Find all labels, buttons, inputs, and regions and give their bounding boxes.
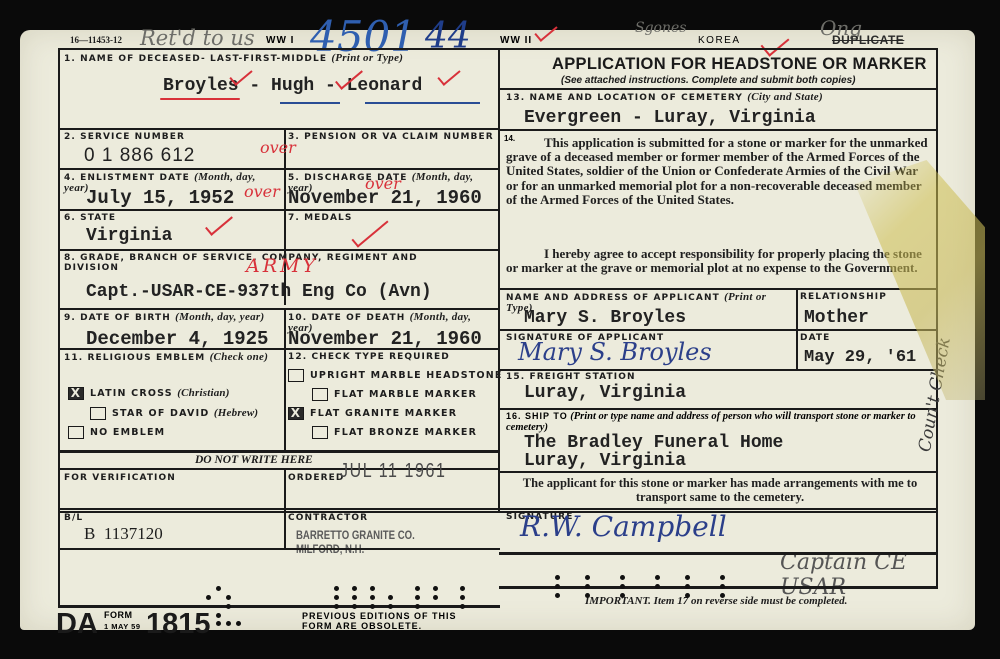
birth-label: 9. DATE OF BIRTH (Month, day, year) — [64, 312, 279, 323]
enlistment-annotation: over — [244, 182, 280, 201]
emblem-none[interactable]: NO EMBLEM — [68, 426, 165, 439]
ordered-label: ORDERED — [288, 473, 344, 483]
grade-value: Capt.-USAR-CE-937th Eng Co (Avn) — [86, 282, 432, 302]
korea-label: KOREA — [698, 35, 741, 46]
transport-signature-title: Captain CE USAR — [780, 550, 975, 600]
ww2-label: WW II — [500, 35, 532, 46]
type-flat-bronze[interactable]: FLAT BRONZE MARKER — [312, 426, 477, 439]
flat-bronze-checkbox[interactable] — [312, 426, 328, 439]
do-not-write-label: DO NOT WRITE HERE — [195, 454, 313, 466]
ww1-label: WW I — [266, 35, 294, 46]
discharge-annotation: over — [365, 174, 401, 193]
pension-label: 3. PENSION OR VA CLAIM NUMBER — [288, 132, 494, 142]
ship-to-line1: The Bradley Funeral Home — [524, 433, 783, 453]
form-code: 16—11453-12 — [70, 35, 122, 45]
state-label: 6. STATE — [64, 213, 116, 223]
type-label: 12. CHECK TYPE REQUIRED — [288, 352, 450, 362]
emblem-label: 11. RELIGIOUS EMBLEM (Check one) — [64, 352, 274, 363]
medals-label: 7. MEDALS — [288, 213, 352, 223]
freight-label: 15. FREIGHT STATION — [506, 372, 636, 382]
transport-statement: The applicant for this stone or marker h… — [520, 476, 920, 504]
verification-label: FOR VERIFICATION — [64, 473, 176, 483]
pencil-note-2: Sgones — [635, 20, 686, 36]
ship-to-label: 16. SHIP TO (Print or type name and addr… — [506, 411, 926, 433]
applicant-signature: Mary S. Broyles — [518, 338, 712, 366]
contractor-label: CONTRACTOR — [288, 513, 368, 523]
cemetery-label: 13. NAME AND LOCATION OF CEMETERY (City … — [506, 92, 823, 103]
form-word: FORM — [104, 610, 133, 620]
death-date: November 21, 1960 — [288, 328, 482, 350]
enlistment-date: July 15, 1952 — [86, 187, 234, 209]
applicant-name: Mary S. Broyles — [524, 308, 686, 328]
obsolete-line1: PREVIOUS EDITIONS OF THIS — [302, 611, 457, 621]
statement-paragraph-2: I hereby agree to accept responsibility … — [506, 247, 931, 275]
upright-marble-checkbox[interactable] — [288, 369, 304, 382]
type-flat-granite[interactable]: XFLAT GRANITE MARKER — [288, 407, 457, 420]
service-number-label: 2. SERVICE NUMBER — [64, 132, 185, 142]
relationship-value: Mother — [804, 308, 869, 328]
relationship-label: RELATIONSHIP — [800, 292, 887, 302]
bl-value: B 1137120 — [84, 524, 163, 544]
flat-granite-checkbox[interactable]: X — [288, 407, 304, 420]
headstone-application-card: 16—11453-12 Ret'd to us WW I 4501 44 WW … — [20, 30, 975, 630]
state-value: Virginia — [86, 226, 172, 246]
star-of-david-checkbox[interactable] — [90, 407, 106, 420]
date-label: DATE — [800, 333, 830, 343]
transport-signature: R.W. Campbell — [520, 510, 727, 543]
cemetery-value: Evergreen - Luray, Virginia — [524, 108, 816, 128]
deceased-name: Broyles - Hugh - Leonard — [163, 76, 422, 96]
type-flat-marble[interactable]: FLAT MARBLE MARKER — [312, 388, 477, 401]
freight-value: Luray, Virginia — [524, 383, 686, 403]
form-date: 1 MAY 59 — [104, 622, 141, 631]
ship-to-line2: Luray, Virginia — [524, 451, 686, 471]
date-value: May 29, '61 — [804, 348, 916, 367]
obsolete-line2: FORM ARE OBSOLETE. — [302, 621, 422, 631]
ordered-stamp: JUL 11 1961 — [340, 460, 447, 483]
emblem-latin-cross[interactable]: XLATIN CROSS (Christian) — [68, 387, 230, 400]
no-emblem-checkbox[interactable] — [68, 426, 84, 439]
bl-label: B/L — [64, 513, 83, 523]
latin-cross-checkbox[interactable]: X — [68, 387, 84, 400]
contractor-stamp-line1: BARRETTO GRANITE CO. — [296, 528, 415, 542]
form-prefix: DA — [56, 608, 98, 641]
emblem-star-of-david[interactable]: STAR OF DAVID (Hebrew) — [90, 407, 258, 420]
type-upright-marble[interactable]: UPRIGHT MARBLE HEADSTONE — [288, 369, 503, 382]
statement-paragraph-1: This application is submitted for a ston… — [506, 136, 931, 207]
grade-annotation: ARMY — [246, 255, 318, 277]
form-subtitle: (See attached instructions. Complete and… — [561, 75, 855, 86]
name-label: 1. NAME OF DECEASED- LAST-FIRST-MIDDLE (… — [64, 53, 403, 64]
pencil-note: Ret'd to us — [140, 26, 255, 50]
flat-marble-checkbox[interactable] — [312, 388, 328, 401]
service-number: 0 1 886 612 — [84, 145, 195, 167]
duplicate-label: DUPLICATE — [832, 33, 904, 47]
birth-date: December 4, 1925 — [86, 328, 268, 350]
form-number: 1815 — [146, 608, 211, 641]
form-title: APPLICATION FOR HEADSTONE OR MARKER — [552, 55, 927, 74]
